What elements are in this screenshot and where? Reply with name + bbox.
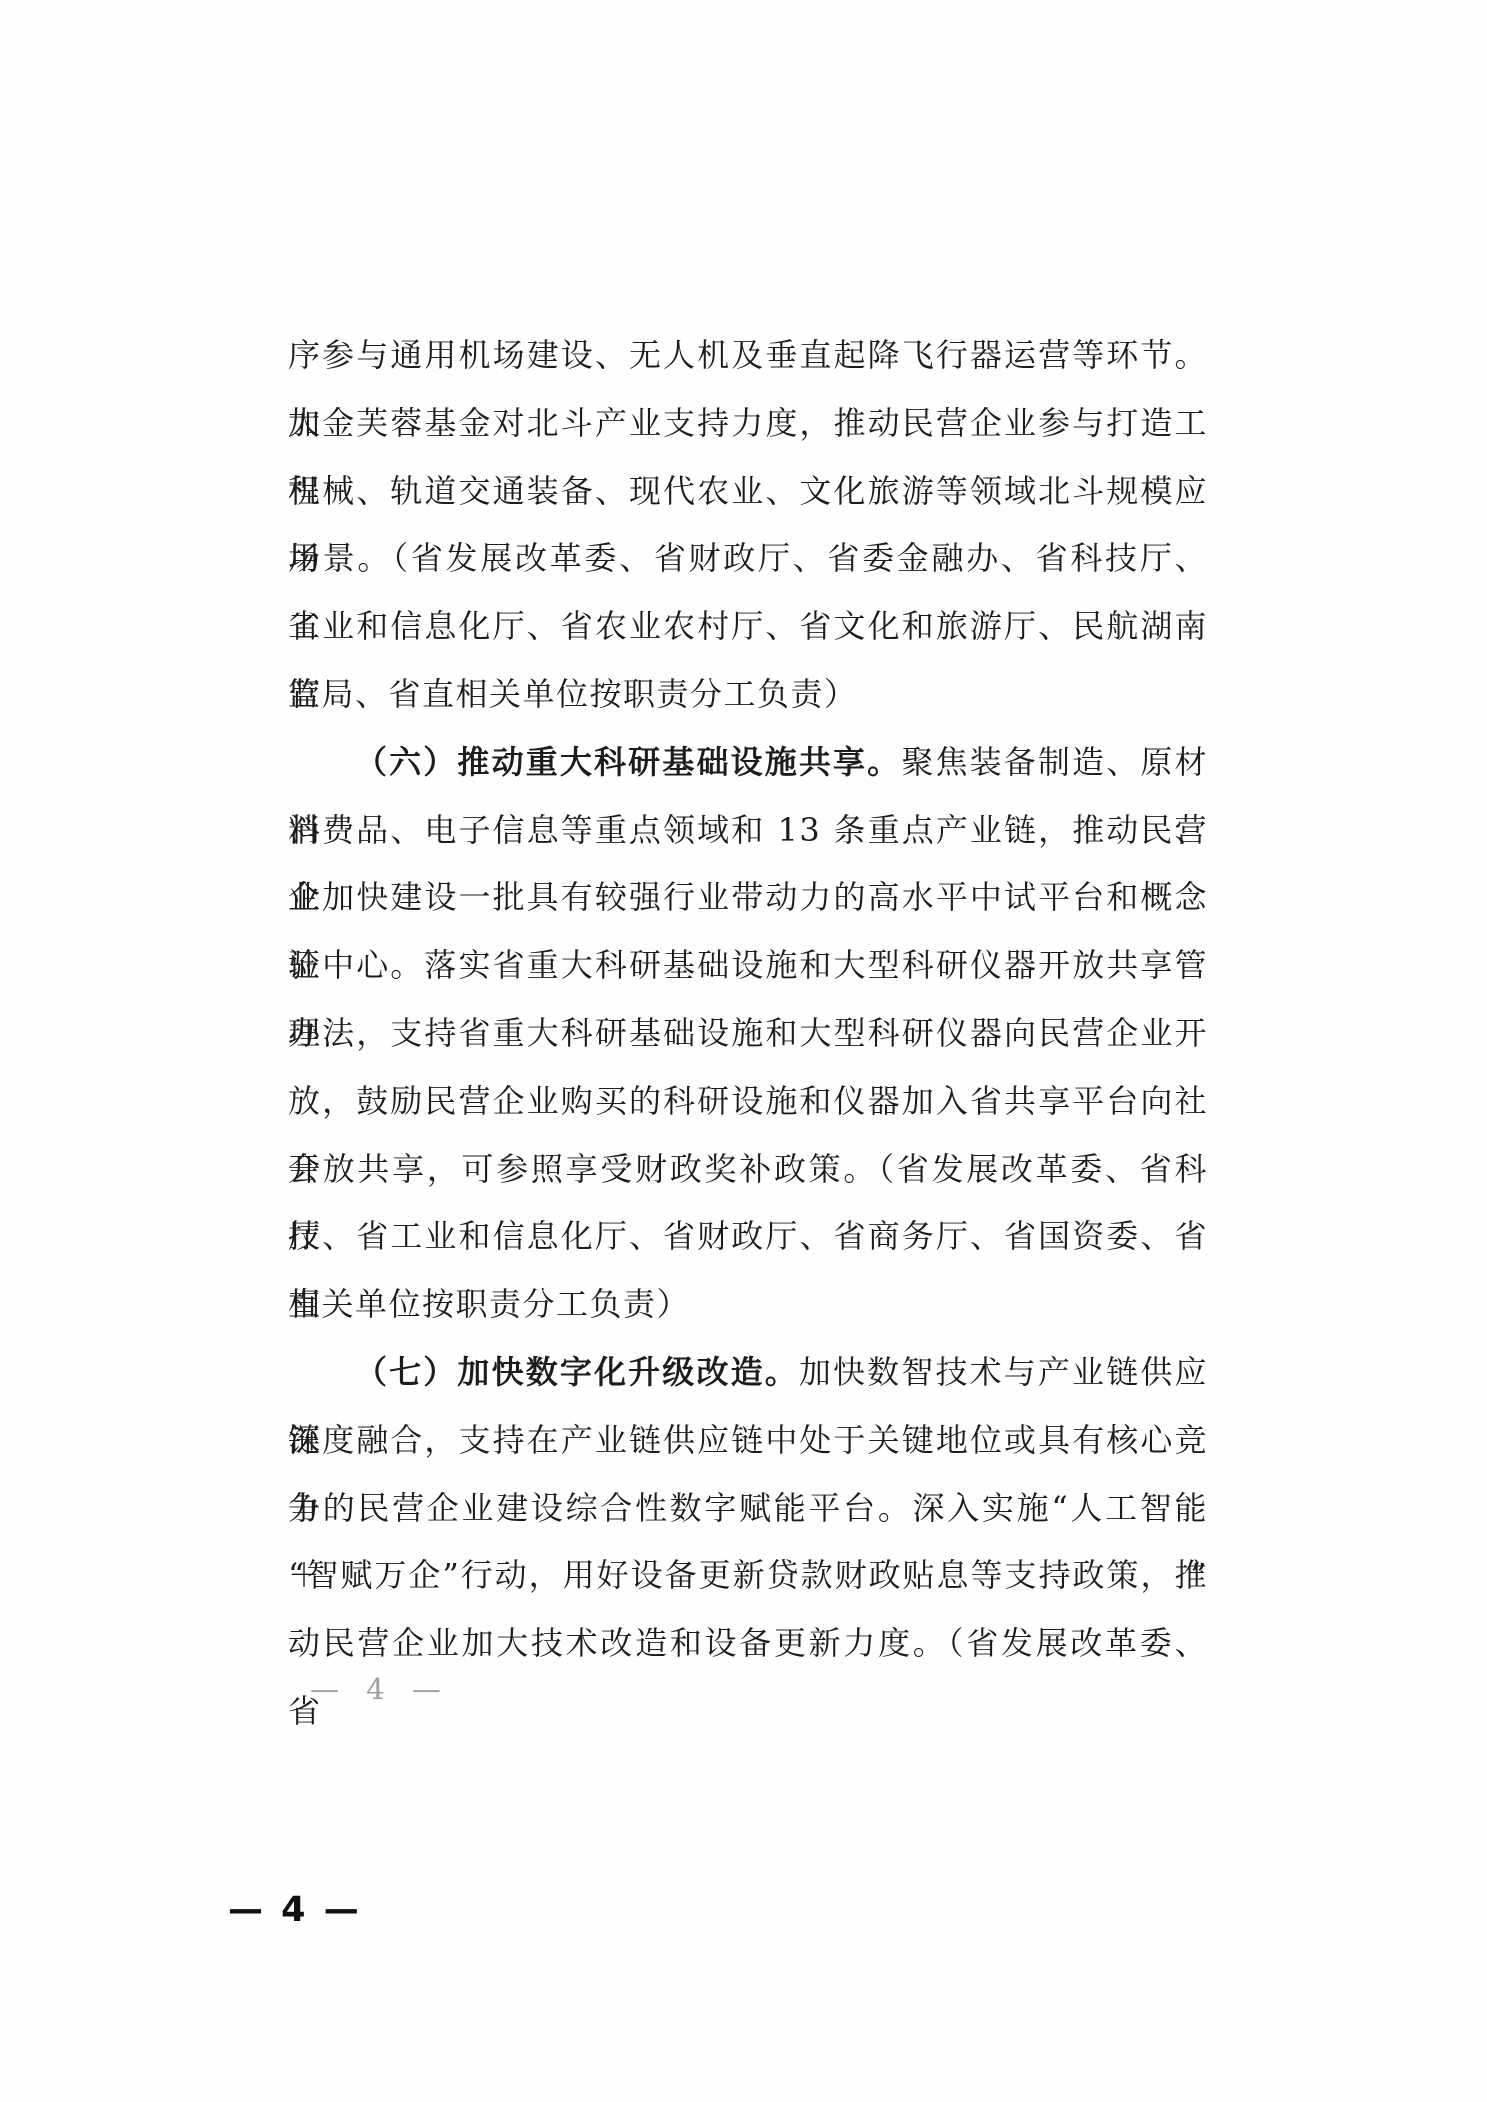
text-segment-normal: “智赋万企”行动，用好设备更新贷款财政贴息等支持政策，推 — [288, 1556, 1208, 1594]
text-line: 管局、省直相关单位按职责分工负责） — [288, 661, 1208, 729]
text-segment-kaiti: 管局、省直相关单位按职责分工负责） — [288, 675, 858, 713]
text-line: 开放共享，可参照享受财政奖补政策。（省发展改革委、省科技 — [288, 1136, 1208, 1204]
document-page: 序参与通用机场建设、无人机及垂直起降飞行器运营等环节。加大金芙蓉基金对北斗产业支… — [0, 0, 1487, 2102]
text-segment-bold: （六）推动重大科研基础设施共享。 — [355, 743, 901, 781]
inline-page-number: — 4 — — [310, 1672, 450, 1706]
text-line: 力的民营企业建设综合性数字赋能平台。深入实施“人工智能＋” — [288, 1475, 1208, 1543]
text-line: （六）推动重大科研基础设施共享。聚焦装备制造、原材料、 — [288, 729, 1208, 797]
text-line: 序参与通用机场建设、无人机及垂直起降飞行器运营等环节。加 — [288, 322, 1208, 390]
text-line: （七）加快数字化升级改造。加快数智技术与产业链供应链 — [288, 1339, 1208, 1407]
text-segment-normal: 场景。 — [288, 539, 392, 577]
text-line: 深度融合，支持在产业链供应链中处于关键地位或具有核心竞争 — [288, 1407, 1208, 1475]
body-text: 序参与通用机场建设、无人机及垂直起降飞行器运营等环节。加大金芙蓉基金对北斗产业支… — [288, 322, 1208, 1678]
text-segment-bold: （七）加快数字化升级改造。 — [355, 1353, 799, 1391]
text-segment-kaiti: 相关单位按职责分工负责） — [288, 1285, 690, 1323]
text-segment-normal: 开放共享，可参照享受财政奖补政策。 — [288, 1150, 878, 1188]
text-line: 动民营企业加大技术改造和设备更新力度。（省发展改革委、省 — [288, 1610, 1208, 1678]
text-segment-normal: 办法，支持省重大科研基础设施和大型科研仪器向民营企业开 — [288, 1014, 1208, 1052]
text-line: 大金芙蓉基金对北斗产业支持力度，推动民营企业参与打造工程 — [288, 390, 1208, 458]
text-line: 场景。（省发展改革委、省财政厅、省委金融办、省科技厅、省 — [288, 525, 1208, 593]
text-line: 厅、省工业和信息化厅、省财政厅、省商务厅、省国资委、省直 — [288, 1203, 1208, 1271]
text-line: 业加快建设一批具有较强行业带动力的高水平中试平台和概念验 — [288, 864, 1208, 932]
text-line: 证中心。落实省重大科研基础设施和大型科研仪器开放共享管理 — [288, 932, 1208, 1000]
text-line: 办法，支持省重大科研基础设施和大型科研仪器向民营企业开 — [288, 1000, 1208, 1068]
text-line: 消费品、电子信息等重点领域和 13 条重点产业链，推动民营企 — [288, 797, 1208, 865]
bottom-page-number: — 4 — — [228, 1890, 362, 1930]
text-line: 放，鼓励民营企业购买的科研设施和仪器加入省共享平台向社会 — [288, 1068, 1208, 1136]
text-line: “智赋万企”行动，用好设备更新贷款财政贴息等支持政策，推 — [288, 1542, 1208, 1610]
text-line: 相关单位按职责分工负责） — [288, 1271, 1208, 1339]
text-line: 工业和信息化厅、省农业农村厅、省文化和旅游厅、民航湖南监 — [288, 593, 1208, 661]
text-segment-normal: 动民营企业加大技术改造和设备更新力度。 — [288, 1624, 948, 1662]
text-line: 机械、轨道交通装备、现代农业、文化旅游等领域北斗规模应用 — [288, 458, 1208, 526]
